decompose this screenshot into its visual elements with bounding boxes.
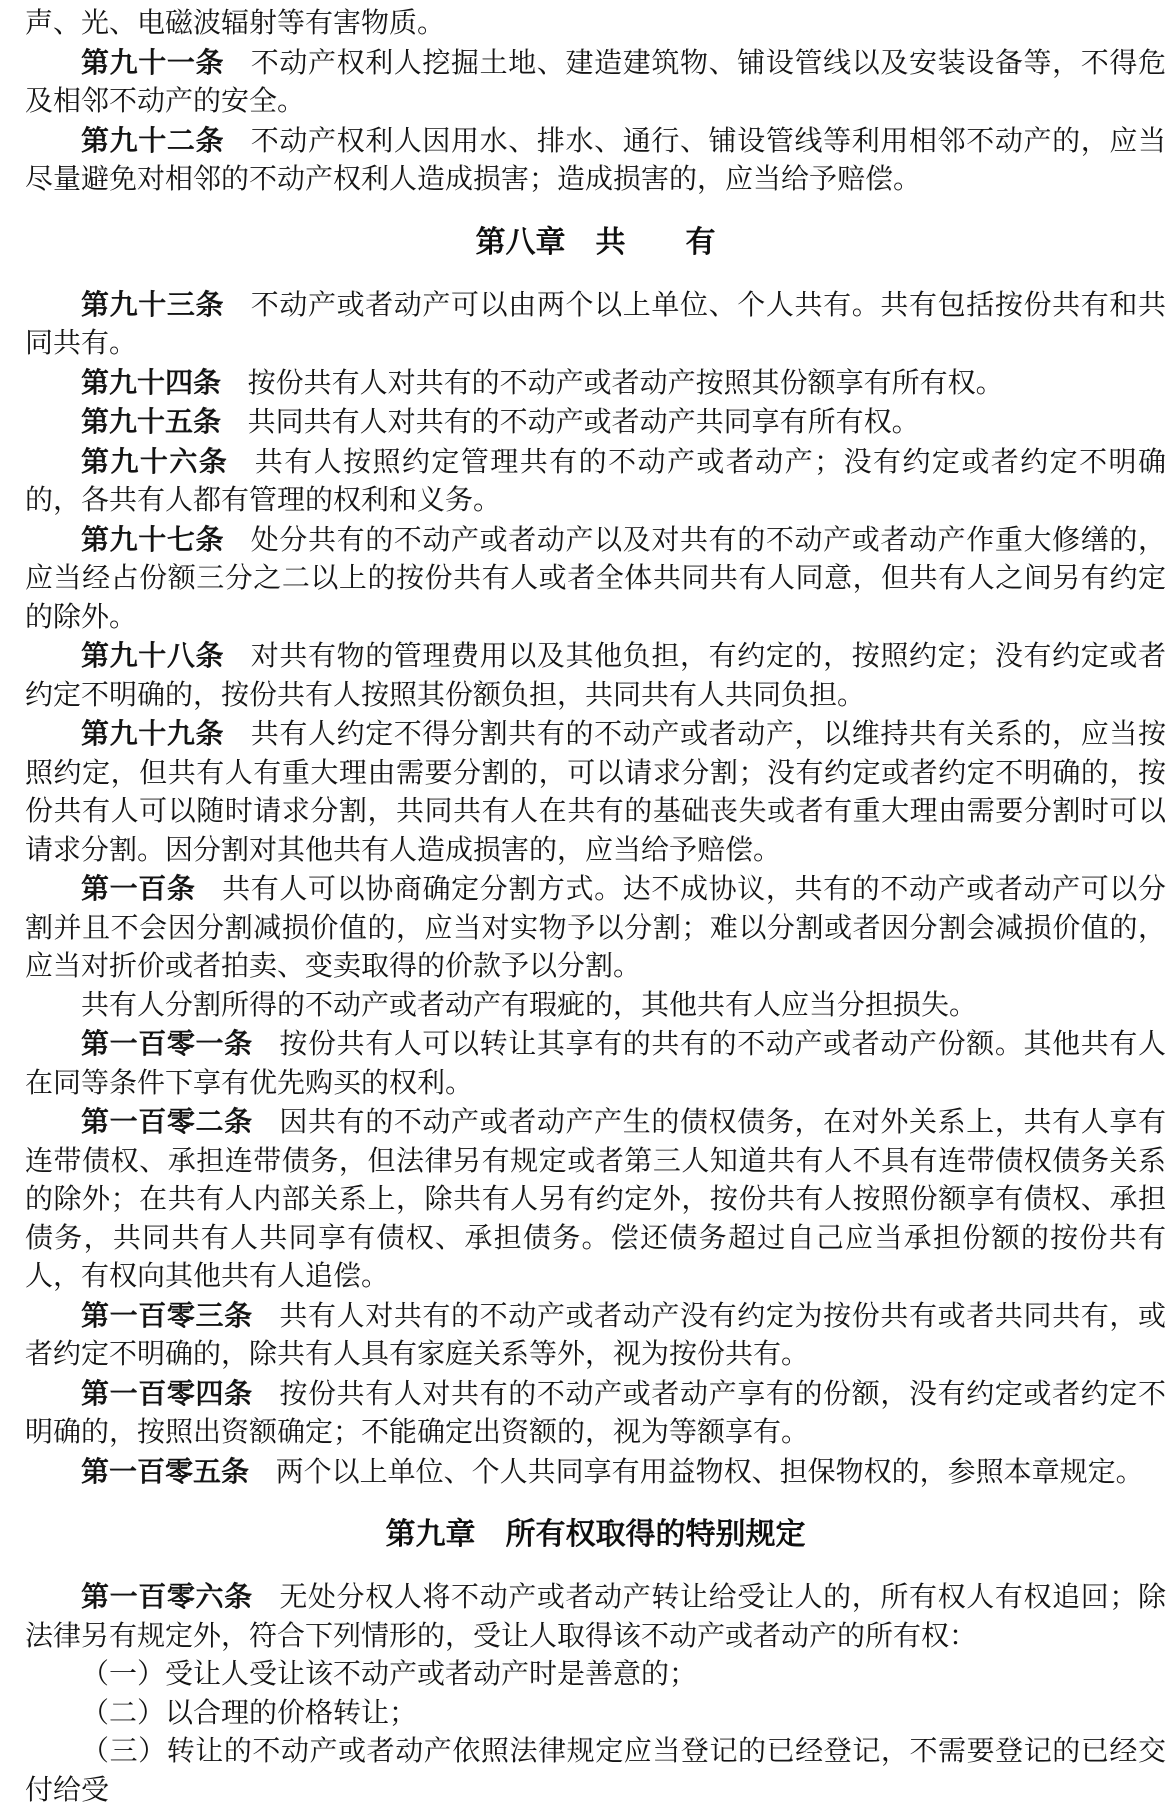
article-number: 第九十六条 xyxy=(81,446,228,477)
article-paragraph: 第九十九条共有人约定不得分割共有的不动产或者动产，以维持共有关系的，应当按照约定… xyxy=(25,715,1166,870)
article-number: 第一百零五条 xyxy=(81,1456,249,1487)
article-paragraph: 第一百零五条两个以上单位、个人共同享有用益物权、担保物权的，参照本章规定。 xyxy=(25,1453,1166,1493)
article-number: 第九十五条 xyxy=(81,406,221,437)
article-number: 第九十七条 xyxy=(81,524,224,555)
chapter-heading: 第八章 共 有 xyxy=(25,223,1166,263)
chapter-heading: 第九章 所有权取得的特别规定 xyxy=(25,1515,1166,1555)
list-item: （一）受让人受让该不动产或者动产时是善意的； xyxy=(25,1656,1166,1695)
article-paragraph: 第九十六条共有人按照约定管理共有的不动产或者动产；没有约定或者约定不明确的，各共… xyxy=(25,443,1166,521)
article-number: 第一百零四条 xyxy=(81,1378,253,1409)
article-paragraph: 第一百零二条因共有的不动产或者动产产生的债权债务，在对外关系上，共有人享有连带债… xyxy=(25,1103,1166,1297)
article-paragraph: 第一百零四条按份共有人对共有的不动产或者动产享有的份额，没有约定或者约定不明确的… xyxy=(25,1375,1166,1453)
article-paragraph: 第九十一条不动产权利人挖掘土地、建造建筑物、铺设管线以及安装设备等，不得危及相邻… xyxy=(25,44,1166,122)
article-paragraph: 第一百零一条按份共有人可以转让其享有的共有的不动产或者动产份额。其他共有人在同等… xyxy=(25,1025,1166,1103)
article-number: 第九十三条 xyxy=(81,289,224,320)
article-number: 第九十四条 xyxy=(81,367,221,398)
article-paragraph: 第九十五条共同共有人对共有的不动产或者动产共同享有所有权。 xyxy=(25,403,1166,443)
continuation-paragraph: 声、光、电磁波辐射等有害物质。 xyxy=(25,5,1166,44)
article-paragraph: 第一百零六条无处分权人将不动产或者动产转让给受让人的，所有权人有权追回；除法律另… xyxy=(25,1578,1166,1656)
list-item: （二）以合理的价格转让； xyxy=(25,1695,1166,1734)
article-number: 第一百零六条 xyxy=(81,1581,253,1612)
document-page: 声、光、电磁波辐射等有害物质。第九十一条不动产权利人挖掘土地、建造建筑物、铺设管… xyxy=(0,0,1176,1820)
body-paragraph: 共有人分割所得的不动产或者动产有瑕疵的，其他共有人应当分担损失。 xyxy=(25,987,1166,1026)
article-paragraph: 第一百零三条共有人对共有的不动产或者动产没有约定为按份共有或者共同共有，或者约定… xyxy=(25,1297,1166,1375)
article-number: 第九十八条 xyxy=(81,640,224,671)
article-paragraph: 第九十三条不动产或者动产可以由两个以上单位、个人共有。共有包括按份共有和共同共有… xyxy=(25,286,1166,364)
article-text: 按份共有人对共有的不动产或者动产按照其份额享有所有权。 xyxy=(248,368,1004,399)
article-text: 两个以上单位、个人共同享有用益物权、担保物权的，参照本章规定。 xyxy=(276,1457,1144,1488)
article-number: 第九十一条 xyxy=(81,47,224,78)
article-paragraph: 第一百条共有人可以协商确定分割方式。达不成协议，共有的不动产或者动产可以分割并且… xyxy=(25,870,1166,987)
article-paragraph: 第九十四条按份共有人对共有的不动产或者动产按照其份额享有所有权。 xyxy=(25,364,1166,404)
article-text: 共有人可以协商确定分割方式。达不成协议，共有的不动产或者动产可以分割并且不会因分… xyxy=(25,874,1166,982)
article-number: 第一百零一条 xyxy=(81,1028,253,1059)
article-paragraph: 第九十七条处分共有的不动产或者动产以及对共有的不动产或者动产作重大修缮的，应当经… xyxy=(25,521,1166,638)
list-item: （三）转让的不动产或者动产依照法律规定应当登记的已经登记，不需要登记的已经交付给… xyxy=(25,1733,1166,1810)
article-number: 第一百零三条 xyxy=(81,1300,253,1331)
article-number: 第九十二条 xyxy=(81,125,224,156)
article-paragraph: 第九十八条对共有物的管理费用以及其他负担，有约定的，按照约定；没有约定或者约定不… xyxy=(25,637,1166,715)
article-number: 第一百零二条 xyxy=(81,1106,253,1137)
article-text: 共同共有人对共有的不动产或者动产共同享有所有权。 xyxy=(248,407,920,438)
article-number: 第九十九条 xyxy=(81,718,224,749)
article-number: 第一百条 xyxy=(81,873,196,904)
article-paragraph: 第九十二条不动产权利人因用水、排水、通行、铺设管线等利用相邻不动产的，应当尽量避… xyxy=(25,122,1166,200)
